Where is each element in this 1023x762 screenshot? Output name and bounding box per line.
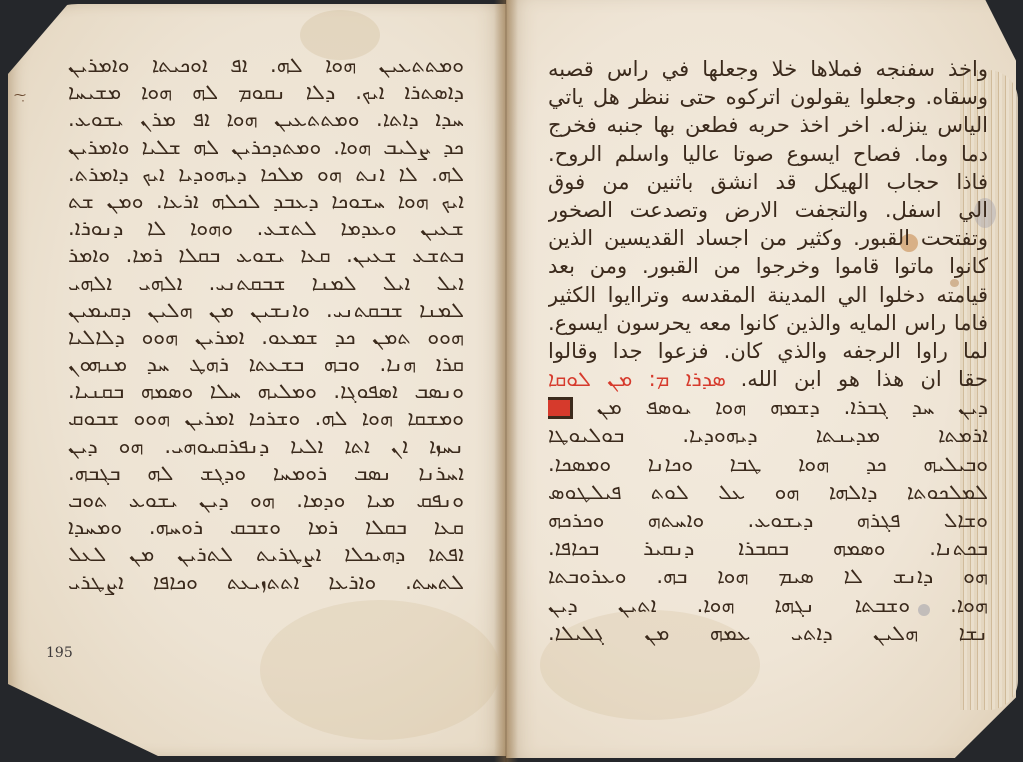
book-gutter [494,0,518,762]
syriac-line: ܘܒܝܠܝܗ ܟܕ ܗܘܐ ܛܒܐ ܘܟܐܢܐ ܘܡܣܟܐ. [548,450,988,478]
margin-mark: ⁓̣ [14,88,26,102]
arabic-line: الياس ينزله. اخر اخذ حربه فطعن بها جنبه … [548,111,988,139]
text-line: ܠܡܢܐ ܫܒܩܬܢܝ. ܘܐܢܫܝܢ ܡܢ ܗܠܝܢ ܕܩܝܡܝܢ [68,297,464,324]
text-line: ܘܢܦܩ ܡܝܐ ܘܕܡܐ. ܗܘ ܕܝܢ ܝܫܘܥ ܬܘܒ [68,487,464,514]
syriac-line: ܗܘܐ. ܘܫܒܬܐ ܢܓܗܐ ܗܘܐ. ܐܬܝܢ ܕܝܢ [548,591,988,619]
arabic-line: لما راوا الرجفه والذي كان. فزعوا جدا وقا… [548,337,988,365]
arabic-line: فاما راس المايه والذين كانوا معه يحرسون … [548,309,988,337]
text-line: ܐܦܬܐ ܕܗܝܟܠܐ ܐܨܛܪܝܬ ܠܬܪܝܢ ܡܢ ܠܥܠ [68,541,464,568]
rubric-heading: ܣܕܪܐ ܡ: ܡܢ ܠܘܩܐ [548,367,726,391]
text-line: ܟܕ ܨܠܝܒ ܗܘܐ. ܘܡܬܕܟܪܝܢ ܠܗ ܫܠܝܐ ܘܐܡܪܝܢ [68,134,464,161]
folio-number: 195 [46,645,73,661]
arabic-line: دما وما. فصاح ايسوع صوتا عاليا واسلم الر… [548,140,988,168]
text-line: ܚܕܐ ܕܐܬܐ. ܘܡܬܬܥܝܢ ܗܘܐ ܐܦ ܡܪܢ ܝܫܘܥ. [68,106,464,133]
text-line: ܢܚܙܐ ܐܢ ܐܬܐ ܐܠܝܐ ܕܢܦܪܩܝܘܗܝ. ܗܘ ܕܝܢ [68,433,464,460]
arabic-line: وسقاه. وجعلوا يقولون اتركوه حتى ننظر هل … [548,83,988,111]
arabic-phrase: حقا ان هذا هو ابن الله. [741,367,988,391]
syriac-line: ܐܪܡܬܐ ܡܕܝܢܬܐ ܕܝܗܘܕܝܐ. ܒܘܠܝܘܛܐ [548,421,988,449]
text-line: ܩܪܐ ܗܢܐ. ܘܒܗ ܒܫܥܬܐ ܪܗܛ ܚܕ ܡܢܗܘܢ [68,351,464,378]
arabic-line: واخذ سفنجه فملاها خلا وجعلها في راس قصبه [548,55,988,83]
text-line: ܒܬܫܥ ܫܥܝܢ. ܩܥܐ ܝܫܘܥ ܒܩܠܐ ܪܡܐ. ܘܐܡܪ [68,242,464,269]
text-line: ܫܥܝܢ ܘܥܕܡܐ ܠܬܫܥ. ܘܗܘܐ ܠܐ ܕܢܘܪܐ. [68,215,464,242]
text-line: ܐܝܟ ܗܘܐ ܚܫܘܟܐ ܕܥܒܕ ܠܟܠܗ ܐܪܥܐ. ܘܡܢ ܫܬ [68,188,464,215]
text-line: ܠܗ. ܠܐ ܐܢܬ ܗܘ ܡܠܟܐ ܕܝܗܘܕܝܐ ܐܝܟ ܕܐܡܪܬ. [68,161,464,188]
syriac-line-text: ܕܝܢ ܚܕ ܓܒܪܐ. ܕܫܡܗ ܗܘܐ ܝܘܣܦ ܡܢ [597,395,988,419]
text-line: ܘܡܫܩܐ ܗܘܐ ܠܗ. ܘܫܪܟܐ ܐܡܪܝܢ ܗܘܘ ܫܒܘܩ [68,405,464,432]
text-line: ܘܢܣܒ ܐܣܦܘܓܐ. ܘܡܠܝܗ ܚܠܐ ܘܣܡܗ ܒܩܢܝܐ. [68,378,464,405]
right-page-text: واخذ سفنجه فملاها خلا وجعلها في راس قصبه… [548,55,988,647]
arabic-line: الي اسفل. والتجفت الارض وتصدعت الصخور [548,196,988,224]
syriac-line: ܕܝܢ ܚܕ ܓܒܪܐ. ܕܫܡܗ ܗܘܐ ܝܘܣܦ ܡܢ [548,393,988,421]
manuscript-spread: ⁓̣ ܘܡܬܬܥܝܢ ܗܘܐ ܠܗ. ܐܦ ܐܘܟܝܬܐ ܘܐܡܪܝܢ ܕܐܣܬ… [0,0,1023,762]
syriac-line: ܗܘ ܕܐܢܫ ܠܐ ܣܝܡ ܗܘܐ ܒܗ. ܘܥܪܘܒܬܐ [548,562,988,590]
text-line: ܘܡܬܬܥܝܢ ܗܘܐ ܠܗ. ܐܦ ܐܘܟܝܬܐ ܘܐܡܪܝܢ [68,52,464,79]
syriac-line: ܢܫܐ ܗܠܝܢ ܕܐܬܝ ܥܡܗ ܡܢ ܓܠܝܠܐ. [548,619,988,647]
mixed-rubric-line: حقا ان هذا هو ابن الله. ܣܕܪܐ ܡ: ܡܢ ܠܘܩܐ [548,365,988,393]
arabic-line: وتفتحت القبور. وكثير من اجساد القديسين ا… [548,224,988,252]
arabic-line: فاذا حجاب الهيكل قد انشق باثنين من فوق [548,168,988,196]
syriac-line: ܘܫܐܠ ܦܓܪܗ ܕܝܫܘܥ. ܘܐܚܬܗ ܘܟܪܟܗ [548,506,988,534]
arabic-line: قيامته دخلوا الي المدينة المقدسه وتراايو… [548,281,988,309]
left-page-text: ܘܡܬܬܥܝܢ ܗܘܐ ܠܗ. ܐܦ ܐܘܟܝܬܐ ܘܐܡܪܝܢ ܕܐܣܬܪܐ … [68,52,464,596]
text-line: ܩܥܐ ܒܩܠܐ ܪܡܐ ܘܫܒܩ ܪܘܚܗ. ܘܡܚܕܐ [68,514,464,541]
arabic-line: كانوا ماتوا قاموا وخرجوا من القبور. ومن … [548,252,988,280]
text-line: ܐܚܪܢܐ ܢܣܒ ܪܘܡܚܐ ܘܕܓܫ ܠܗ ܒܓܒܗ. [68,460,464,487]
syriac-line: ܒܟܬܢܐ. ܘܣܡܗ ܒܩܒܪܐ ܕܢܩܝܪ ܒܟܐܦܐ. [548,534,988,562]
text-line: ܐܝܠ ܐܝܠ ܠܡܢܐ ܫܒܩܬܢܝ. ܐܠܗܝ ܐܠܗܝ [68,270,464,297]
text-line: ܠܬܚܬ. ܘܐܪܥܐ ܐܬܬܙܝܥܬ ܘܟܐܦܐ ܐܨܛܪܝ [68,569,464,596]
syriac-line: ܠܡܠܟܘܬܐ ܕܐܠܗܐ ܗܘ ܥܠ ܠܘܬ ܦܝܠܛܘܣ [548,478,988,506]
text-line: ܗܘܘ ܬܡܢ ܟܕ ܫܡܥܘ. ܐܡܪܝܢ ܗܘܘ ܕܠܐܠܝܐ [68,324,464,351]
text-line: ܕܐܣܬܪܐ ܐܝܟ. ܕܠܐ ܢܩܘܡ ܠܗ ܗܘܐ ܡܫܝܚܐ [68,79,464,106]
rubric-initial [548,397,573,419]
